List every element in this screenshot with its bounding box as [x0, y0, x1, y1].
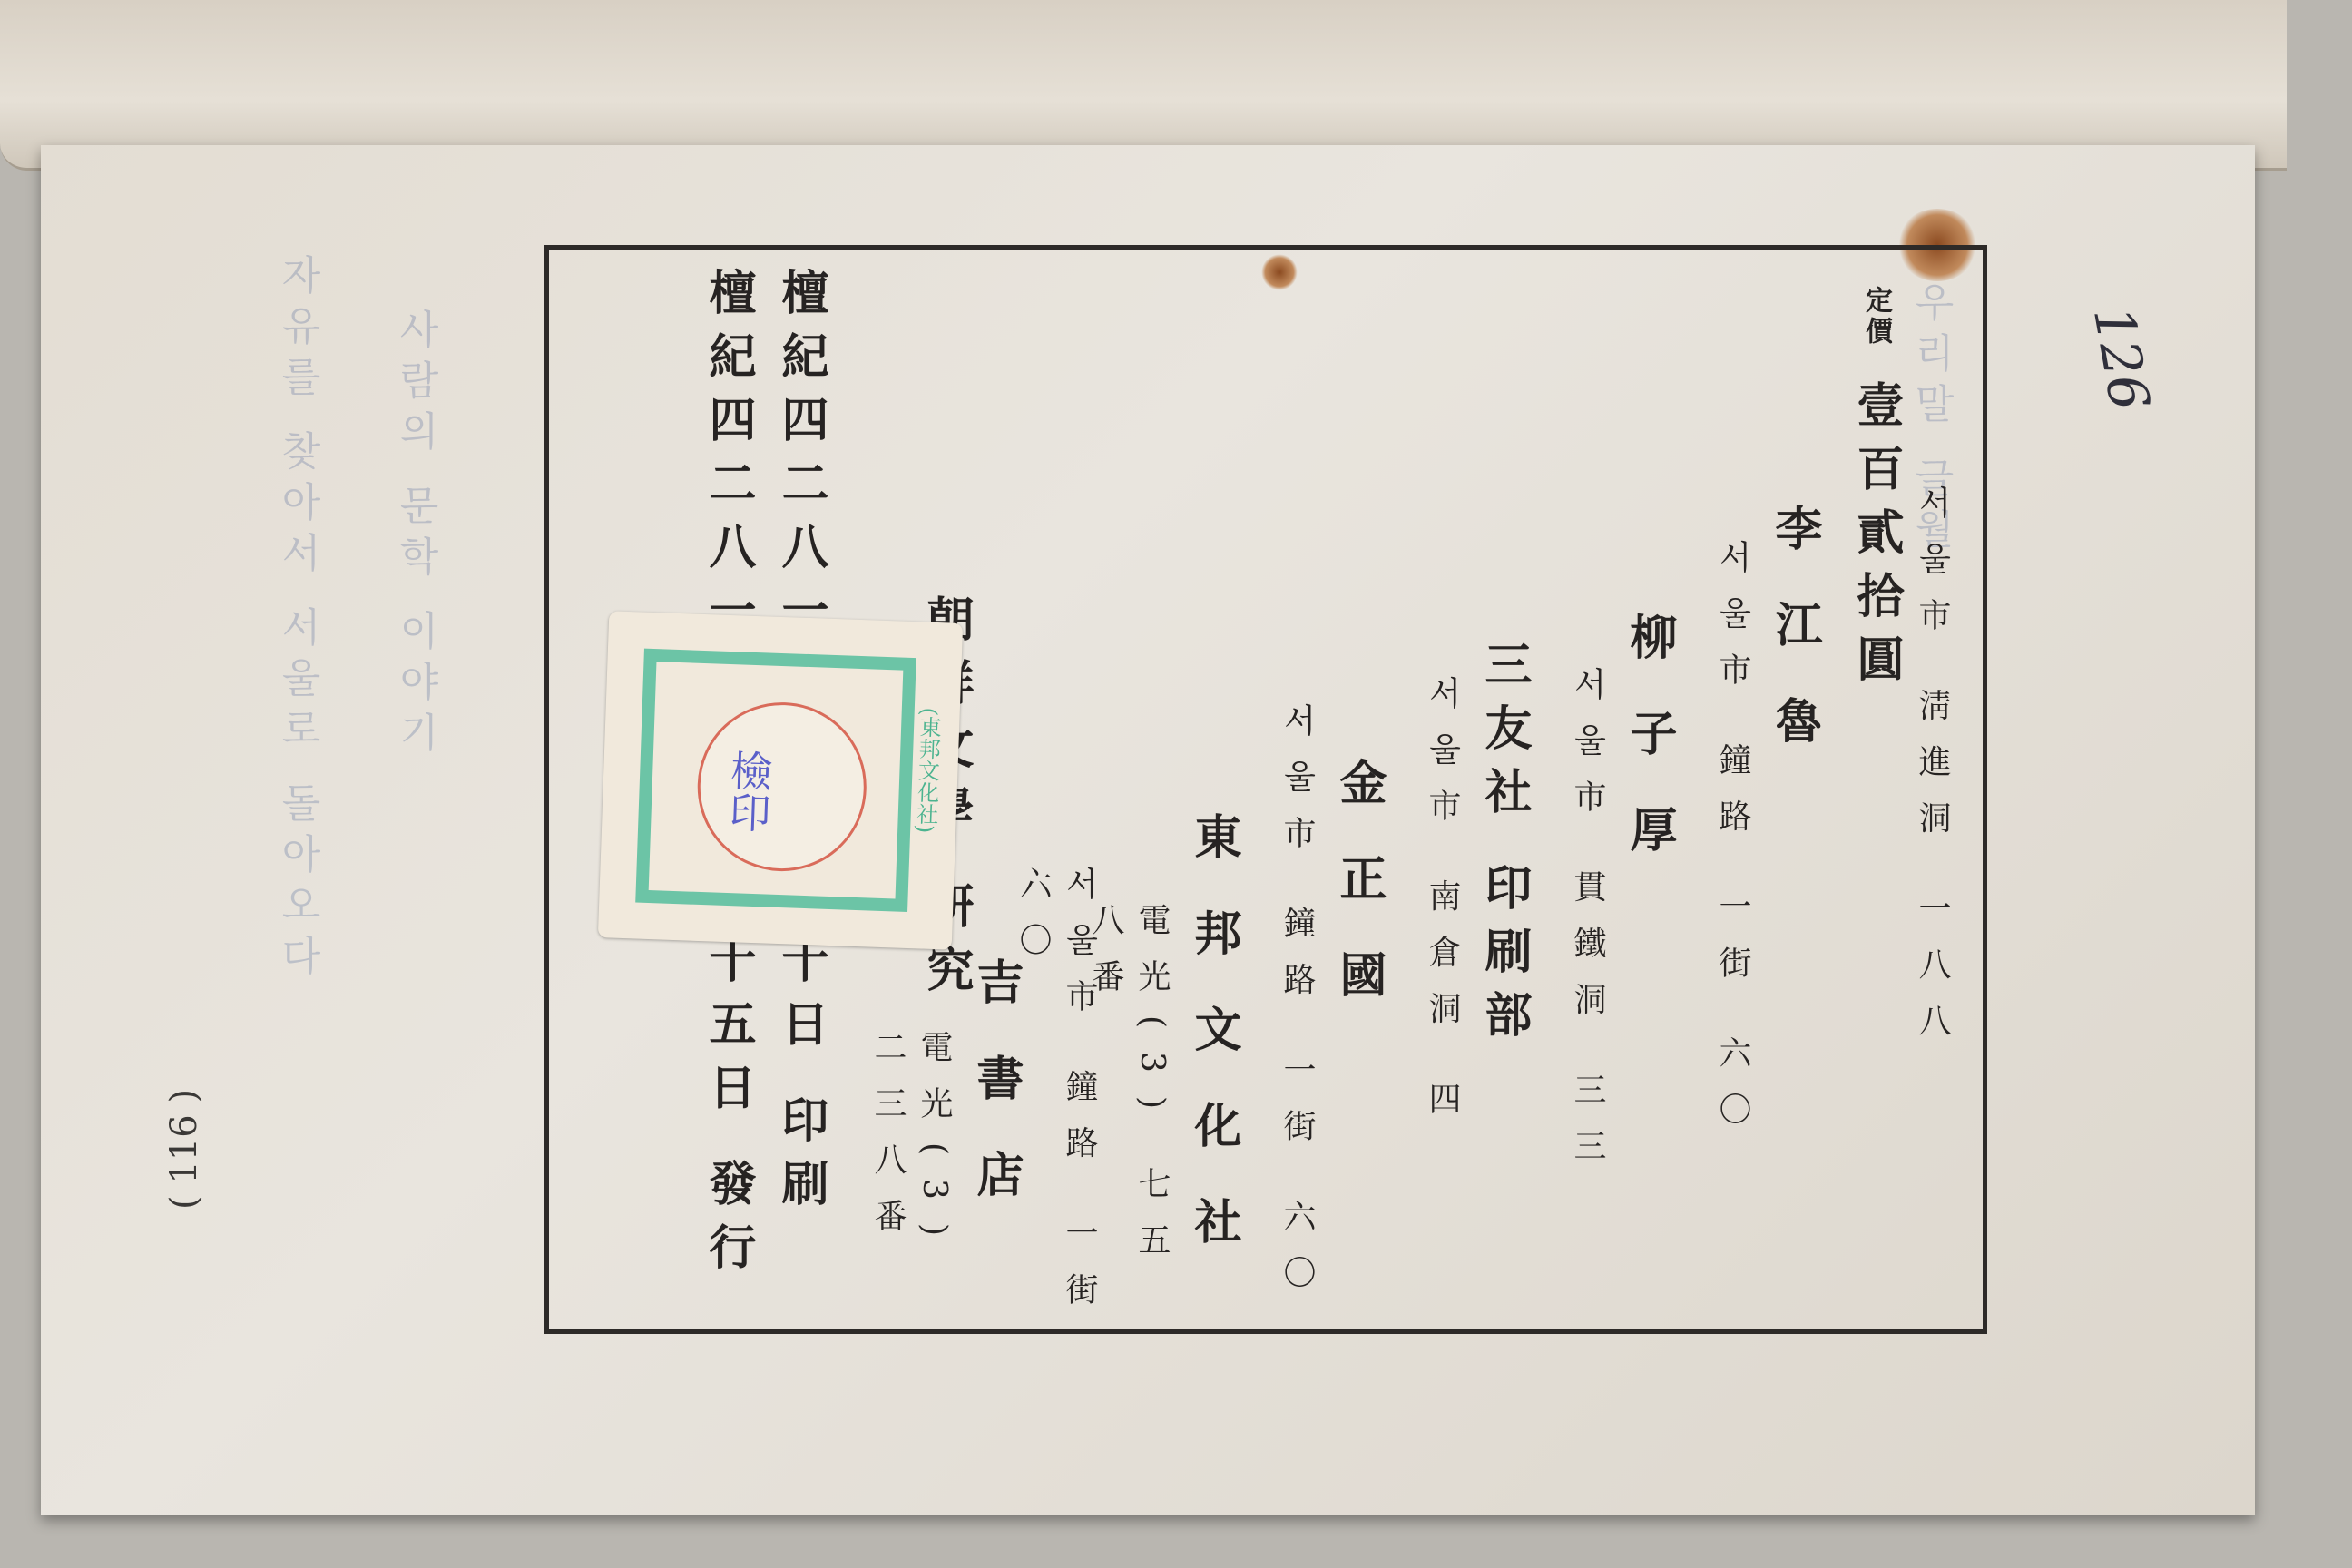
- author-name: 李 江 魯: [1760, 504, 1828, 759]
- publisher-person-name: 柳 子 厚: [1615, 612, 1683, 868]
- publisher-person-address: 서울市 鐘路 一街 六〇: [1710, 540, 1756, 1148]
- page-number: ( 116 ): [163, 1089, 205, 1210]
- revenue-stamp: 檢印 (東邦文化社): [598, 611, 963, 949]
- publishing-house-address: 서울市 鐘路 一街 六〇: [1274, 703, 1320, 1311]
- stamp-caption: (東邦文化社): [909, 707, 946, 834]
- publishing-house-name: 東 邦 文 化 社: [1180, 812, 1248, 1260]
- stamp-border: 檢印 (東邦文化社): [635, 649, 916, 912]
- price: 定價 壹百貳拾圓: [1842, 286, 1910, 698]
- printer-name: 三友社 印刷部: [1470, 640, 1538, 1053]
- printer-person-name: 金 正 國: [1325, 758, 1393, 1014]
- printer-address: 서울市 貫鐵洞 三三: [1564, 667, 1611, 1185]
- bleed-through-text: 사람의 문학 이야기: [386, 309, 444, 762]
- author-address: 서울市 淸進洞 一八八: [1909, 485, 1955, 1060]
- printer-person-address: 서울市 南倉洞 四: [1419, 676, 1465, 1138]
- distributor-phone: 電光(3) 二三八番: [865, 1030, 957, 1329]
- seal-circle: 檢印: [695, 700, 869, 874]
- handwritten-seal: 檢印: [717, 749, 779, 834]
- bleed-through-text: 자유를 찾아서 서울로 돌아오다: [268, 254, 326, 985]
